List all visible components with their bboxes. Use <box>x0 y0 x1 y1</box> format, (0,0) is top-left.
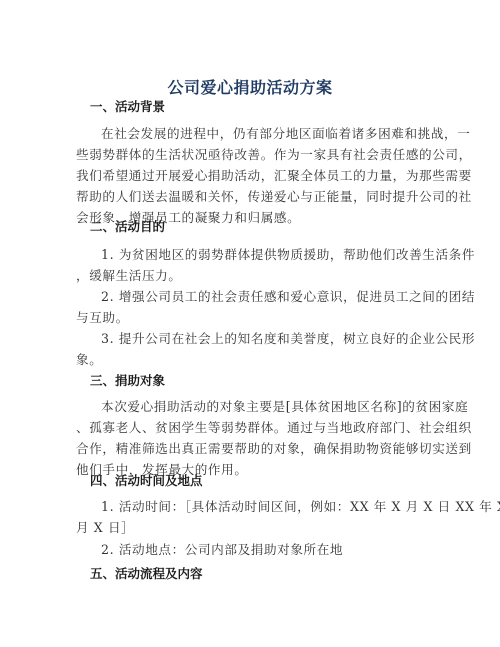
text-line: 2. 活动地点：公司内部及捐助对象所在地 <box>76 539 424 560</box>
text-line: 帮助的人们送去温暖和关怀，传递爱心与正能量，同时提升公司的社 <box>76 186 424 207</box>
paragraph-purpose-2: 2. 增强公司员工的社会责任感和爱心意识，促进员工之间的团结 与互助。 <box>76 286 424 328</box>
text-line: 我们希望通过开展爱心捐助活动，汇聚全体员工的力量，为那些需要 <box>76 165 424 186</box>
section-heading-time-place: 四、活动时间及地点 <box>90 472 203 490</box>
text-line: 在社会发展的进程中，仍有部分地区面临着诸多困难和挑战，一 <box>76 123 424 144</box>
document-title: 公司爱心捐助活动方案 <box>76 78 424 98</box>
text-line: 与互助。 <box>76 307 424 328</box>
section-heading-purpose: 二、活动目的 <box>90 218 165 236</box>
text-line: 些弱势群体的生活状况亟待改善。作为一家具有社会责任感的公司， <box>76 144 424 165</box>
text-line: ，缓解生活压力。 <box>76 265 424 286</box>
text-line: 1. 活动时间：［具体活动时间区间，例如：XX 年 X 月 X 日 XX 年 X <box>76 496 424 517</box>
section-heading-background: 一、活动背景 <box>90 98 165 116</box>
section-heading-recipients: 三、捐助对象 <box>90 372 165 390</box>
text-line: 1. 为贫困地区的弱势群体提供物质援助，帮助他们改善生活条件 <box>76 244 424 265</box>
text-line: 、孤寡老人、贫困学生等弱势群体。通过与当地政府部门、社会组织 <box>76 417 424 438</box>
paragraph-time: 1. 活动时间：［具体活动时间区间，例如：XX 年 X 月 X 日 XX 年 X… <box>76 496 424 538</box>
paragraph-background: 在社会发展的进程中，仍有部分地区面临着诸多困难和挑战，一 些弱势群体的生活状况亟… <box>76 123 424 228</box>
section-heading-process: 五、活动流程及内容 <box>90 565 203 583</box>
text-line: 3. 提升公司在社会上的知名度和美誉度，树立良好的企业公民形 <box>76 328 424 349</box>
text-line: 月 X 日］ <box>76 517 424 538</box>
text-line: 象。 <box>76 349 424 370</box>
paragraph-place: 2. 活动地点：公司内部及捐助对象所在地 <box>76 539 424 560</box>
paragraph-purpose-3: 3. 提升公司在社会上的知名度和美誉度，树立良好的企业公民形 象。 <box>76 328 424 370</box>
text-line: 本次爱心捐助活动的对象主要是[具体贫困地区名称]的贫困家庭 <box>76 396 424 417</box>
text-line: 2. 增强公司员工的社会责任感和爱心意识，促进员工之间的团结 <box>76 286 424 307</box>
text-line: 合作，精准筛选出真正需要帮助的对象，确保捐助物资能够切实送到 <box>76 438 424 459</box>
paragraph-recipients: 本次爱心捐助活动的对象主要是[具体贫困地区名称]的贫困家庭 、孤寡老人、贫困学生… <box>76 396 424 480</box>
paragraph-purpose-1: 1. 为贫困地区的弱势群体提供物质援助，帮助他们改善生活条件 ，缓解生活压力。 <box>76 244 424 286</box>
